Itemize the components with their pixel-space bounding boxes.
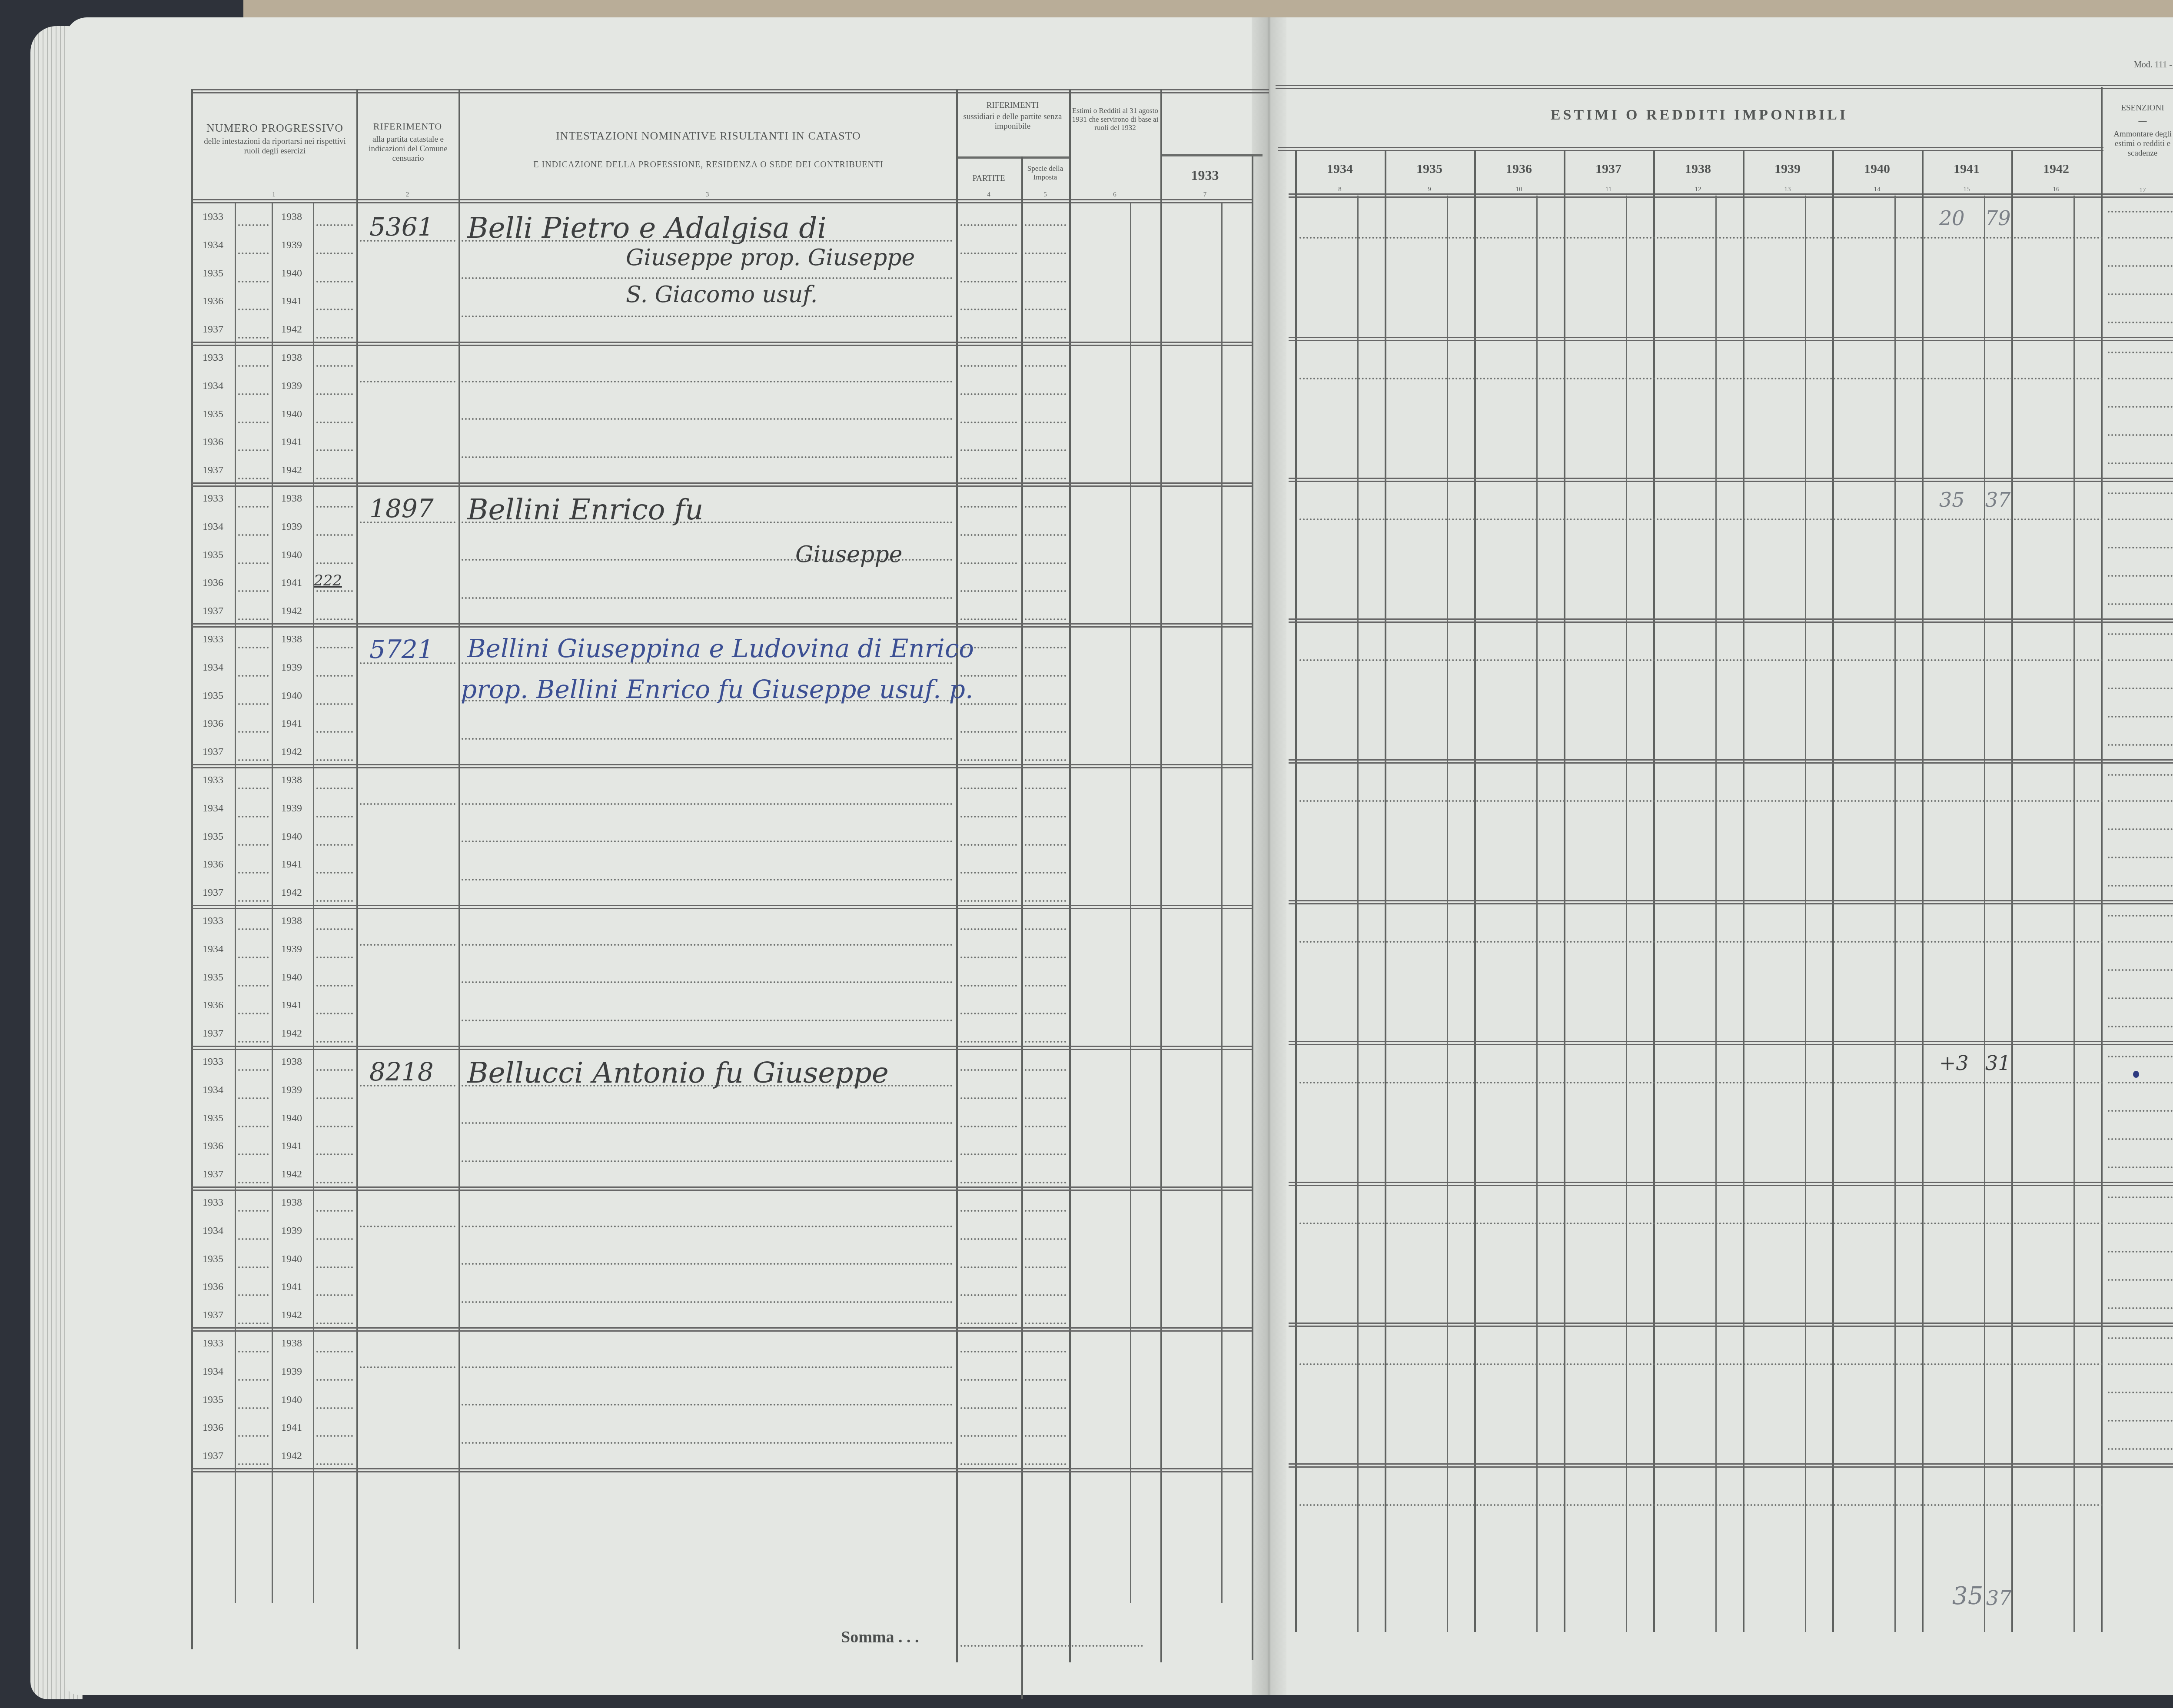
exemption-line bbox=[2108, 828, 2173, 830]
year-label: 1933 bbox=[198, 493, 228, 505]
exemption-line bbox=[2108, 1363, 2173, 1365]
blank-line bbox=[316, 703, 353, 705]
somma-lire: 35 bbox=[1952, 1582, 1983, 1610]
specie-line bbox=[1025, 900, 1066, 902]
specie-line bbox=[1025, 281, 1066, 282]
year-label: 1936 bbox=[198, 1422, 228, 1434]
specie-line bbox=[1025, 1041, 1066, 1043]
blank-line bbox=[316, 900, 353, 902]
specie-line bbox=[1025, 1210, 1066, 1212]
blank-line bbox=[238, 1153, 269, 1155]
blank-line bbox=[316, 224, 353, 226]
year-label: 1941 bbox=[276, 296, 307, 307]
year-label: 1942 bbox=[276, 1450, 307, 1462]
blank-line bbox=[316, 393, 353, 395]
name-line bbox=[462, 1404, 953, 1406]
year-label: 1936 bbox=[198, 718, 228, 730]
col45-divider bbox=[956, 156, 1069, 159]
specie-line bbox=[1025, 816, 1066, 817]
year-label: 1939 bbox=[276, 1225, 307, 1237]
specie-line bbox=[1025, 337, 1066, 339]
exemption-line bbox=[2108, 716, 2173, 718]
exemption-line bbox=[2108, 293, 2173, 295]
blank-line bbox=[316, 1182, 353, 1183]
year-label: 1940 bbox=[276, 1113, 307, 1124]
name-line bbox=[462, 381, 953, 382]
entry-separator bbox=[1289, 1463, 2173, 1468]
year-label: 1937 bbox=[198, 1309, 228, 1321]
col4-header: PARTITE bbox=[957, 174, 1020, 183]
year-column-header: 1942 bbox=[2011, 162, 2101, 176]
blank-line bbox=[316, 337, 353, 339]
partite-line bbox=[960, 1294, 1017, 1296]
col3-left-rule bbox=[459, 89, 460, 1649]
year-label: 1940 bbox=[276, 268, 307, 279]
col6-left-rule bbox=[1069, 89, 1071, 1662]
year-label: 1935 bbox=[198, 409, 228, 420]
name-line bbox=[462, 841, 953, 842]
specie-line bbox=[1025, 731, 1066, 733]
year-label: 1936 bbox=[198, 577, 228, 589]
partite-line bbox=[960, 1041, 1017, 1043]
blank-line bbox=[238, 1351, 269, 1352]
model-label: Mod. 111 - Imposte Dirette (Intercalare)… bbox=[2134, 60, 2173, 70]
entry-separator bbox=[1289, 1182, 2173, 1186]
exemption-line bbox=[2108, 1110, 2173, 1112]
partite-line bbox=[960, 1379, 1017, 1381]
exemption-line bbox=[2108, 211, 2173, 213]
specie-line bbox=[1025, 393, 1066, 395]
year-label: 1939 bbox=[276, 521, 307, 533]
name-line bbox=[462, 944, 953, 946]
blank-line bbox=[238, 675, 269, 677]
partite-line bbox=[960, 788, 1017, 789]
specie-line bbox=[1025, 1407, 1066, 1409]
year-column-number: 8 bbox=[1295, 186, 1385, 193]
blank-line bbox=[238, 1435, 269, 1437]
year-label: 1936 bbox=[198, 436, 228, 448]
entry-separator bbox=[191, 1186, 1252, 1191]
amount-line bbox=[1299, 378, 2103, 379]
year-label: 1938 bbox=[276, 915, 307, 927]
taxpayer-name-line: Giuseppe prop. Giuseppe bbox=[626, 245, 915, 271]
blank-line bbox=[238, 1407, 269, 1409]
year-label: 1942 bbox=[276, 324, 307, 336]
year-label: 1941 bbox=[276, 859, 307, 871]
taxpayer-name-line: Belli Pietro e Adalgisa di bbox=[467, 211, 827, 245]
year-column-rule bbox=[1474, 150, 1476, 1632]
partite-line bbox=[960, 759, 1017, 761]
amount-lire: 35 bbox=[1939, 488, 1965, 512]
year-label: 1934 bbox=[198, 521, 228, 533]
blank-line bbox=[316, 675, 353, 677]
year-column-number: 13 bbox=[1743, 186, 1832, 193]
blank-line bbox=[316, 1041, 353, 1043]
blank-line bbox=[316, 844, 353, 846]
blank-line bbox=[316, 872, 353, 874]
specie-line bbox=[1025, 506, 1066, 508]
year-column-number: 14 bbox=[1832, 186, 1922, 193]
year-column-header: 1935 bbox=[1385, 162, 1474, 176]
cent-subcol-rule bbox=[1894, 196, 1896, 1632]
exemption-line bbox=[2108, 997, 2173, 999]
cent-subcol-rule bbox=[1626, 196, 1627, 1632]
partite-line bbox=[960, 1351, 1017, 1352]
blank-line bbox=[316, 1153, 353, 1155]
cent-subcol-rule bbox=[1536, 196, 1538, 1632]
specie-line bbox=[1025, 1266, 1066, 1268]
blank-line bbox=[316, 647, 353, 648]
blank-line bbox=[238, 1238, 269, 1240]
partita-line bbox=[360, 381, 455, 382]
partite-line bbox=[960, 816, 1017, 817]
year-label: 1936 bbox=[198, 859, 228, 871]
exemption-line bbox=[2108, 518, 2173, 520]
name-line bbox=[462, 597, 953, 599]
partita-number: 5361 bbox=[369, 212, 434, 242]
blank-line bbox=[238, 1266, 269, 1268]
col1-subcol-rule bbox=[313, 203, 314, 1603]
col1-subcol-rule bbox=[235, 203, 236, 1603]
blank-line bbox=[316, 618, 353, 620]
specie-line bbox=[1025, 957, 1066, 958]
year-column-header: 1939 bbox=[1743, 162, 1832, 176]
name-line bbox=[462, 738, 953, 740]
amount-cent: 31 bbox=[1985, 1051, 2011, 1075]
year-label: 1935 bbox=[198, 1253, 228, 1265]
year-label: 1937 bbox=[198, 887, 228, 899]
blank-line bbox=[238, 1126, 269, 1127]
specie-line bbox=[1025, 478, 1066, 479]
blank-line bbox=[238, 224, 269, 226]
entry-separator bbox=[1289, 478, 2173, 482]
col7-left-rule bbox=[1160, 89, 1162, 1662]
year-label: 1936 bbox=[198, 1140, 228, 1152]
blank-line bbox=[316, 1435, 353, 1437]
year-label: 1940 bbox=[276, 549, 307, 561]
year-label: 1938 bbox=[276, 1056, 307, 1068]
partite-line bbox=[960, 1069, 1017, 1071]
year-label: 1937 bbox=[198, 324, 228, 336]
year-label: 1937 bbox=[198, 1450, 228, 1462]
exemption-line bbox=[2108, 462, 2173, 464]
taxpayer-name-line: Giuseppe bbox=[795, 542, 902, 568]
blank-line bbox=[316, 816, 353, 817]
partita-line bbox=[360, 944, 455, 946]
year-label: 1942 bbox=[276, 465, 307, 476]
year-label: 1934 bbox=[198, 944, 228, 955]
year-column-rule bbox=[1832, 150, 1834, 1632]
name-line bbox=[462, 1263, 953, 1265]
exemptions-dash: — bbox=[2104, 116, 2173, 126]
partite-line bbox=[960, 1097, 1017, 1099]
col7-number: 7 bbox=[1160, 191, 1249, 199]
year-label: 1935 bbox=[198, 972, 228, 984]
blank-line bbox=[238, 337, 269, 339]
cent-subcol-rule bbox=[1984, 196, 1985, 1632]
specie-line bbox=[1025, 590, 1066, 592]
year-label: 1936 bbox=[198, 296, 228, 307]
year-label: 1940 bbox=[276, 831, 307, 843]
year-label: 1938 bbox=[276, 774, 307, 786]
partite-line bbox=[960, 985, 1017, 987]
outer-left-rule bbox=[191, 89, 193, 1649]
blank-line bbox=[316, 506, 353, 508]
col2-left-rule bbox=[356, 89, 358, 1649]
col7-subcol-rule bbox=[1221, 203, 1223, 1603]
year-label: 1942 bbox=[276, 887, 307, 899]
col3-header-line1: INTESTAZIONI NOMINATIVE RISULTANTI IN CA… bbox=[461, 130, 956, 143]
year-label: 1936 bbox=[198, 1281, 228, 1293]
year-label: 1935 bbox=[198, 268, 228, 279]
col7-divider bbox=[1160, 154, 1263, 156]
partite-line bbox=[960, 1013, 1017, 1014]
blank-line bbox=[238, 985, 269, 987]
exemption-line bbox=[2108, 774, 2173, 776]
blank-line bbox=[316, 957, 353, 958]
col2-header-title: RIFERIMENTO bbox=[357, 121, 458, 132]
specie-line bbox=[1025, 1013, 1066, 1014]
blank-line bbox=[238, 562, 269, 564]
col4-left-rule bbox=[956, 89, 958, 1662]
blank-line bbox=[316, 253, 353, 254]
specie-line bbox=[1025, 449, 1066, 451]
partite-line bbox=[960, 1210, 1017, 1212]
year-label: 1934 bbox=[198, 803, 228, 814]
col3-number: 3 bbox=[459, 191, 956, 199]
specie-line bbox=[1025, 1126, 1066, 1127]
specie-line bbox=[1025, 618, 1066, 620]
exemption-line bbox=[2108, 1138, 2173, 1140]
blank-line bbox=[316, 534, 353, 536]
partita-number: 5721 bbox=[369, 635, 434, 664]
year-label: 1939 bbox=[276, 803, 307, 814]
blank-line bbox=[238, 281, 269, 282]
blank-line bbox=[238, 844, 269, 846]
blank-line bbox=[316, 562, 353, 564]
year-label: 1938 bbox=[276, 1197, 307, 1209]
entry-separator bbox=[1289, 1323, 2173, 1327]
year-column-rule bbox=[1564, 150, 1565, 1632]
somma-label: Somma . . . bbox=[841, 1628, 919, 1647]
amount-line bbox=[1299, 1363, 2103, 1365]
year-label: 1934 bbox=[198, 1084, 228, 1096]
year-label: 1938 bbox=[276, 352, 307, 364]
year-label: 1942 bbox=[276, 605, 307, 617]
col1-subcol-rule bbox=[272, 203, 273, 1603]
year-label: 1934 bbox=[198, 662, 228, 674]
blank-line bbox=[316, 1351, 353, 1352]
blank-line bbox=[238, 534, 269, 536]
name-line bbox=[462, 418, 953, 420]
exemption-line bbox=[2108, 1026, 2173, 1027]
blank-line bbox=[316, 1069, 353, 1071]
entry-separator bbox=[1289, 900, 2173, 904]
blank-line bbox=[238, 788, 269, 789]
blank-line bbox=[238, 1323, 269, 1324]
entry-separator bbox=[191, 342, 1252, 346]
blank-line bbox=[316, 281, 353, 282]
partite-line bbox=[960, 1126, 1017, 1127]
ink-dot bbox=[2133, 1071, 2139, 1078]
blank-line bbox=[316, 788, 353, 789]
exemption-line bbox=[2108, 492, 2173, 494]
amount-cent: 79 bbox=[1985, 206, 2011, 230]
blank-line bbox=[238, 1097, 269, 1099]
partite-line bbox=[960, 422, 1017, 423]
blank-line bbox=[238, 422, 269, 423]
specie-line bbox=[1025, 224, 1066, 226]
partite-line bbox=[960, 1266, 1017, 1268]
col4-number: 4 bbox=[956, 191, 1021, 199]
blank-line bbox=[316, 1126, 353, 1127]
exemption-line bbox=[2108, 322, 2173, 323]
year-label: 1941 bbox=[276, 577, 307, 589]
exemption-line bbox=[2108, 1196, 2173, 1198]
specie-line bbox=[1025, 562, 1066, 564]
specie-line bbox=[1025, 647, 1066, 648]
specie-line bbox=[1025, 1182, 1066, 1183]
exemption-line bbox=[2108, 744, 2173, 746]
specie-line bbox=[1025, 1435, 1066, 1437]
year-label: 1933 bbox=[198, 1056, 228, 1068]
year-label: 1933 bbox=[198, 1197, 228, 1209]
amount-line bbox=[1299, 800, 2103, 802]
exemption-line bbox=[2108, 406, 2173, 408]
col1-header-sub: delle intestazioni da riportarsi nei ris… bbox=[196, 137, 354, 156]
entry-separator bbox=[1289, 1041, 2173, 1045]
blank-line bbox=[238, 309, 269, 310]
specie-line bbox=[1025, 1379, 1066, 1381]
amount-line bbox=[1299, 237, 2103, 239]
blank-line bbox=[316, 1266, 353, 1268]
blank-line bbox=[238, 647, 269, 648]
specie-line bbox=[1025, 703, 1066, 705]
year-label: 1940 bbox=[276, 409, 307, 420]
year-label: 1933 bbox=[198, 352, 228, 364]
blank-line bbox=[316, 365, 353, 367]
year-label: 1939 bbox=[276, 1084, 307, 1096]
amount-line bbox=[1299, 1223, 2103, 1224]
exemptions-title: ESENZIONI bbox=[2104, 103, 2173, 113]
exemption-line bbox=[2108, 434, 2173, 436]
blank-line bbox=[316, 1210, 353, 1212]
blank-line bbox=[316, 1013, 353, 1014]
year-label: 1939 bbox=[276, 662, 307, 674]
blank-line bbox=[316, 1407, 353, 1409]
right-page bbox=[1273, 17, 2173, 1695]
right-header-bottom-rule bbox=[1289, 193, 2173, 198]
year-label: 1940 bbox=[276, 972, 307, 984]
partite-line bbox=[960, 1238, 1017, 1240]
blank-line bbox=[316, 1238, 353, 1240]
specie-line bbox=[1025, 309, 1066, 310]
partite-line bbox=[960, 224, 1017, 226]
taxpayer-name-line: Bellini Giuseppina e Ludovina di Enrico bbox=[467, 634, 974, 663]
partite-line bbox=[960, 1182, 1017, 1183]
exemption-line bbox=[2108, 915, 2173, 917]
blank-line bbox=[238, 1182, 269, 1183]
cent-subcol-rule bbox=[1357, 196, 1359, 1632]
partite-line bbox=[960, 1463, 1017, 1465]
blank-line bbox=[238, 253, 269, 254]
exemption-line bbox=[2108, 1056, 2173, 1057]
partite-line bbox=[960, 957, 1017, 958]
blank-line bbox=[238, 1041, 269, 1043]
year-label: 1939 bbox=[276, 1366, 307, 1378]
partite-line bbox=[960, 900, 1017, 902]
cent-subcol-rule bbox=[1447, 196, 1448, 1632]
year-label: 1938 bbox=[276, 211, 307, 223]
progressivo-note: 222 bbox=[314, 572, 342, 589]
blank-line bbox=[238, 1210, 269, 1212]
blank-line bbox=[238, 759, 269, 761]
partita-number: 8218 bbox=[369, 1057, 434, 1087]
blank-line bbox=[238, 365, 269, 367]
col2-number: 2 bbox=[356, 191, 459, 199]
specie-line bbox=[1025, 1351, 1066, 1352]
name-line bbox=[462, 1160, 953, 1162]
exemption-line bbox=[2108, 1307, 2173, 1309]
exemption-line bbox=[2108, 1337, 2173, 1339]
year-label: 1941 bbox=[276, 1422, 307, 1434]
year-column-rule bbox=[1922, 150, 1924, 1632]
exemption-line bbox=[2108, 659, 2173, 661]
specie-line bbox=[1025, 1238, 1066, 1240]
year-label: 1935 bbox=[198, 1113, 228, 1124]
years-top-rule bbox=[1278, 147, 2103, 151]
name-line bbox=[462, 981, 953, 983]
partite-line bbox=[960, 844, 1017, 846]
year-label: 1938 bbox=[276, 1338, 307, 1349]
year-label: 1934 bbox=[198, 380, 228, 392]
taxpayer-name-line: S. Giacomo usuf. bbox=[626, 282, 817, 308]
name-line bbox=[462, 879, 953, 881]
name-line bbox=[462, 456, 953, 458]
specie-line bbox=[1025, 928, 1066, 930]
year-label: 1938 bbox=[276, 634, 307, 645]
year-label: 1942 bbox=[276, 746, 307, 758]
year-label: 1935 bbox=[198, 690, 228, 702]
specie-line bbox=[1025, 985, 1066, 987]
year-label: 1936 bbox=[198, 1000, 228, 1011]
exemption-line bbox=[2108, 547, 2173, 548]
specie-line bbox=[1025, 788, 1066, 789]
year-label: 1942 bbox=[276, 1169, 307, 1180]
exemptions-number: 17 bbox=[2103, 187, 2173, 194]
blank-line bbox=[238, 618, 269, 620]
year-label: 1934 bbox=[198, 239, 228, 251]
blank-line bbox=[238, 590, 269, 592]
exemption-line bbox=[2108, 603, 2173, 605]
year-label: 1935 bbox=[198, 831, 228, 843]
exemption-line bbox=[2108, 688, 2173, 689]
name-line bbox=[462, 316, 953, 317]
col1-header-title: NUMERO PROGRESSIVO bbox=[193, 122, 356, 135]
exemption-line bbox=[2108, 1166, 2173, 1168]
year-column-number: 10 bbox=[1474, 186, 1564, 193]
entry-separator bbox=[191, 623, 1252, 628]
partite-line bbox=[960, 731, 1017, 733]
col3-header-line2: E INDICAZIONE DELLA PROFESSIONE, RESIDEN… bbox=[461, 160, 956, 170]
specie-line bbox=[1025, 365, 1066, 367]
blank-line bbox=[316, 422, 353, 423]
name-line bbox=[462, 277, 953, 279]
col1-number: 1 bbox=[191, 191, 356, 199]
year-label: 1933 bbox=[198, 774, 228, 786]
cent-subcol-rule bbox=[1715, 196, 1717, 1632]
year-column-rule bbox=[1653, 150, 1655, 1632]
